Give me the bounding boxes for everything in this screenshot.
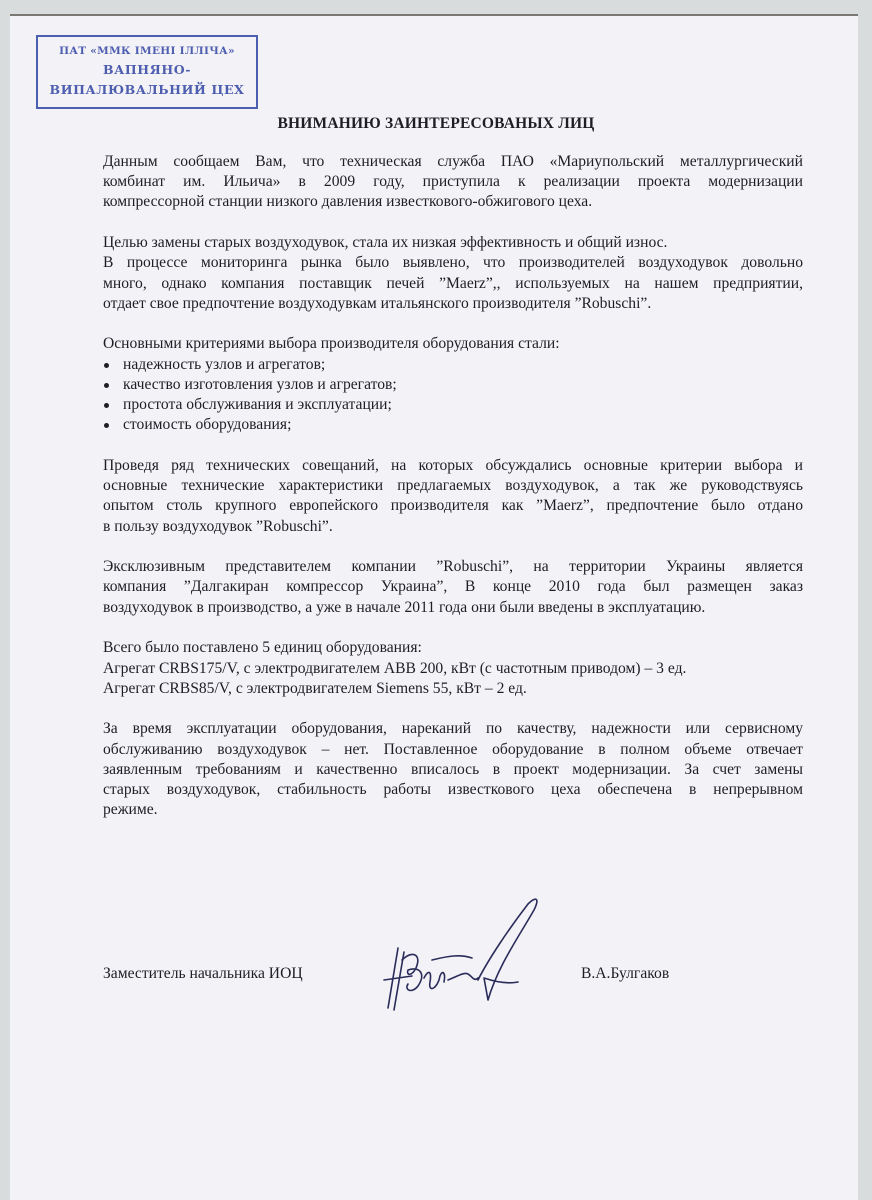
- bullet-icon: [104, 383, 109, 388]
- department-stamp: ПАТ «ММК ІМЕНІ ІЛЛІЧА» ВАПНЯНО- ВИПАЛЮВА…: [36, 35, 258, 109]
- text-line: много, однако компания поставщик печей ”…: [103, 274, 803, 294]
- text-line: старых воздуходувок, стабильность работы…: [103, 780, 803, 800]
- handwritten-signature-icon: [368, 890, 558, 1020]
- text-line: Целью замены старых воздуходувок, стала …: [103, 233, 803, 253]
- text-line: основные технические характеристики пред…: [103, 476, 803, 496]
- list-item: качество изготовления узлов и агрегатов;: [103, 375, 803, 395]
- bullet-icon: [104, 403, 109, 408]
- signatory-name: В.А.Булгаков: [581, 965, 669, 983]
- equipment-item: Агрегат CRBS85/V, с электродвигателем Si…: [103, 679, 803, 699]
- text-line: компания ”Далгакиран компрессор Украина”…: [103, 577, 803, 597]
- criteria-list: надежность узлов и агрегатов; качество и…: [103, 355, 803, 436]
- paragraph-reason: Целью замены старых воздуходувок, стала …: [103, 233, 803, 314]
- text-line: опытом столь крупного европейского произ…: [103, 496, 803, 516]
- stamp-line-3: ВИПАЛЮВАЛЬНИЙ ЦЕХ: [38, 80, 256, 100]
- text-line: в пользу воздуходувок ”Robuschi”.: [103, 517, 803, 537]
- document-body: Данным сообщаем Вам, что техническая слу…: [103, 152, 803, 841]
- text-line: обслуживанию воздуходувок – нет. Поставл…: [103, 740, 803, 760]
- stamp-line-2: ВАПНЯНО-: [38, 60, 256, 80]
- paragraph-representative: Эксклюзивным представителем компании ”Ro…: [103, 557, 803, 618]
- signatory-position: Заместитель начальника ИОЦ: [103, 965, 303, 983]
- paragraph-conclusion: За время эксплуатации оборудования, наре…: [103, 719, 803, 820]
- text-line: Всего было поставлено 5 единиц оборудова…: [103, 638, 803, 658]
- list-item: простота обслуживания и эксплуатации;: [103, 395, 803, 415]
- criteria-intro: Основными критериями выбора производител…: [103, 334, 803, 354]
- text-line: воздуходувок в производство, а уже в нач…: [103, 598, 803, 618]
- text-line: заявленным требованиям и качественно впи…: [103, 760, 803, 780]
- paragraph-equipment: Всего было поставлено 5 единиц оборудова…: [103, 638, 803, 699]
- text-line: За время эксплуатации оборудования, наре…: [103, 719, 803, 739]
- list-item: надежность узлов и агрегатов;: [103, 355, 803, 375]
- text-line: компрессорной станции низкого давления и…: [103, 192, 803, 212]
- text-line: Проведя ряд технических совещаний, на ко…: [103, 456, 803, 476]
- text-line: режиме.: [103, 800, 803, 820]
- document-title: ВНИМАНИЮ ЗАИНТЕРЕСОВАНЫХ ЛИЦ: [0, 115, 872, 133]
- bullet-icon: [104, 423, 109, 428]
- list-item: стоимость оборудования;: [103, 415, 803, 435]
- text-line: комбинат им. Ильича» в 2009 году, присту…: [103, 172, 803, 192]
- paragraph-decision: Проведя ряд технических совещаний, на ко…: [103, 456, 803, 537]
- bullet-icon: [104, 363, 109, 368]
- text-line: Данным сообщаем Вам, что техническая слу…: [103, 152, 803, 172]
- text-line: В процессе мониторинга рынка было выявле…: [103, 253, 803, 273]
- equipment-item: Агрегат CRBS175/V, с электродвигателем A…: [103, 659, 803, 679]
- text-line: Эксклюзивным представителем компании ”Ro…: [103, 557, 803, 577]
- text-line: отдает свое предпочтение воздуходувкам и…: [103, 294, 803, 314]
- paragraph-intro: Данным сообщаем Вам, что техническая слу…: [103, 152, 803, 213]
- stamp-line-1: ПАТ «ММК ІМЕНІ ІЛЛІЧА»: [38, 43, 256, 60]
